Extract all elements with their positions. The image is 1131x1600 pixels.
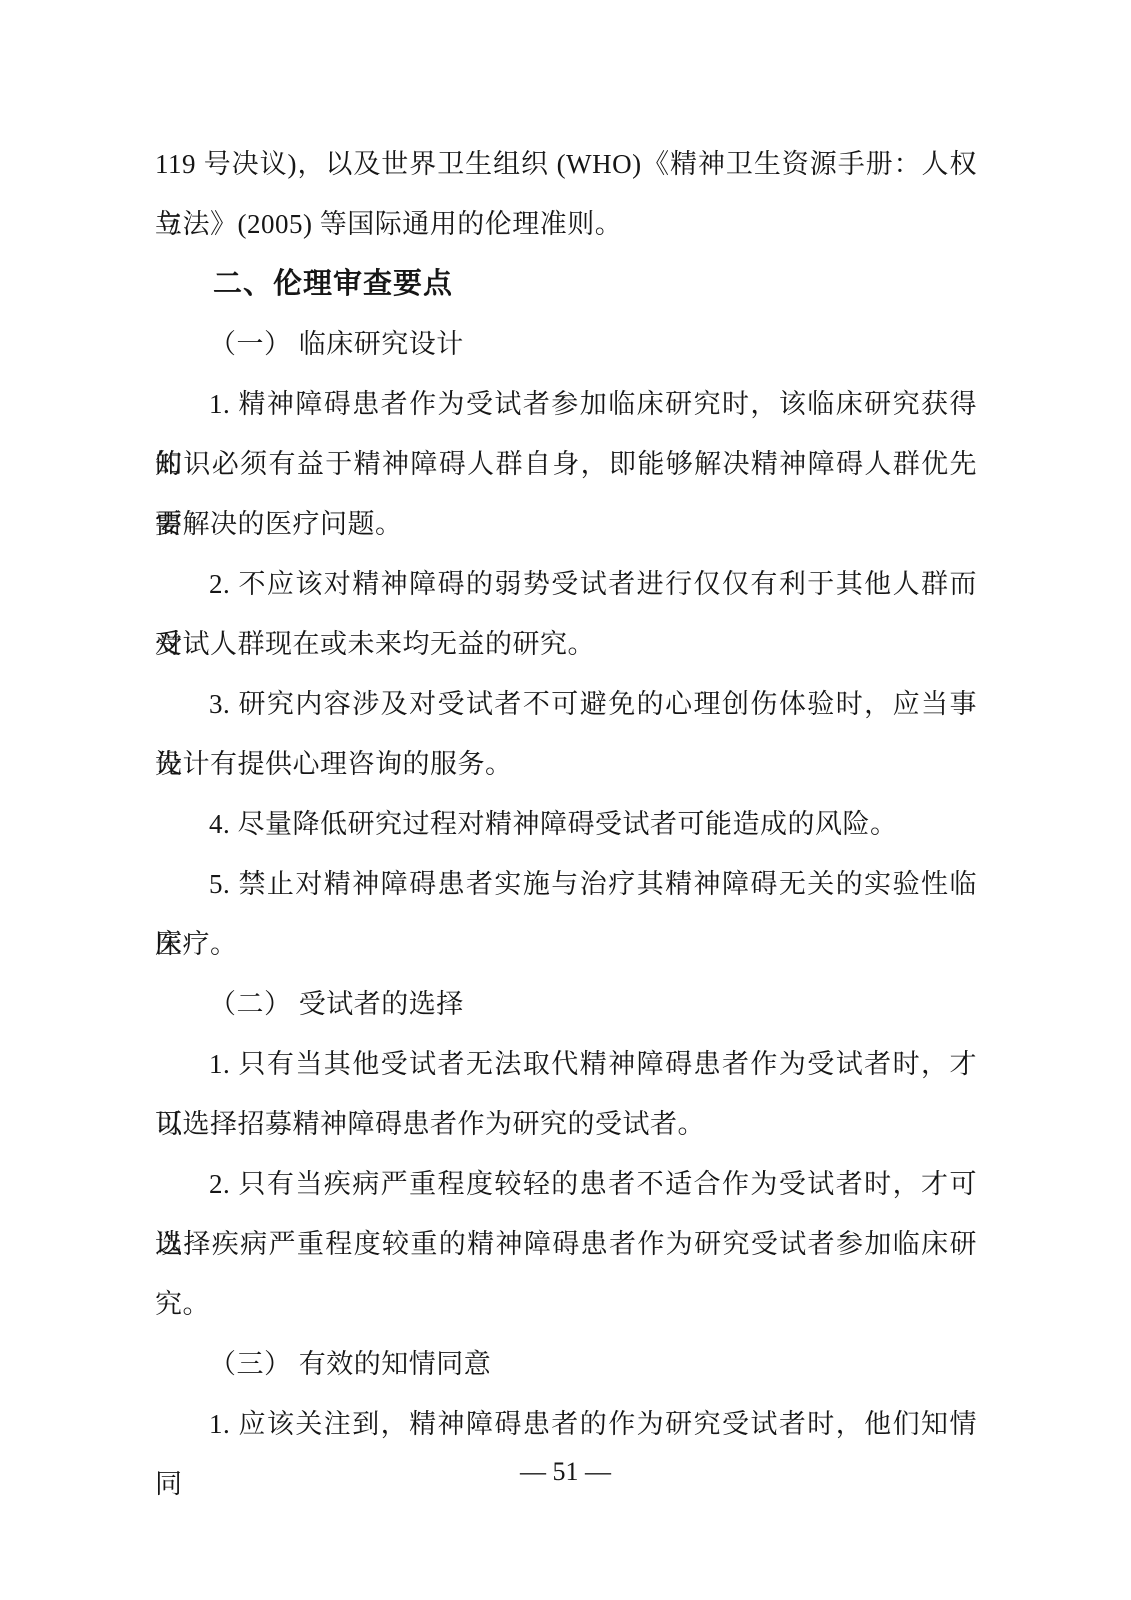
text-line: 要解决的医疗问题。 [155,494,977,554]
text-line: 2. 只有当疾病严重程度较轻的患者不适合作为受试者时，才可以 [155,1154,977,1214]
text-line: （一） 临床研究设计 [155,314,977,374]
document-page: 119 号决议)，以及世界卫生组织 (WHO)《精神卫生资源手册：人权与立法》(… [0,0,1131,1600]
text-line: 知识必须有益于精神障碍人群自身，即能够解决精神障碍人群优先需 [155,434,977,494]
text-line: 1. 精神障碍患者作为受试者参加临床研究时，该临床研究获得的 [155,374,977,434]
text-line: （二） 受试者的选择 [155,974,977,1034]
text-line: 5. 禁止对精神障碍患者实施与治疗其精神障碍无关的实验性临床 [155,854,977,914]
text-line: 受试人群现在或未来均无益的研究。 [155,614,977,674]
page-number: — 51 — [0,1452,1131,1492]
text-line: 选择疾病严重程度较重的精神障碍患者作为研究受试者参加临床研 [155,1214,977,1274]
document-body: 119 号决议)，以及世界卫生组织 (WHO)《精神卫生资源手册：人权与立法》(… [155,134,977,1454]
text-line: 1. 只有当其他受试者无法取代精神障碍患者作为受试者时，才可 [155,1034,977,1094]
text-line: 3. 研究内容涉及对受试者不可避免的心理创伤体验时，应当事先 [155,674,977,734]
text-line: 设计有提供心理咨询的服务。 [155,734,977,794]
section-heading: 二、伦理审查要点 [155,254,977,314]
text-line: 以选择招募精神障碍患者作为研究的受试者。 [155,1094,977,1154]
text-line: （三） 有效的知情同意 [155,1334,977,1394]
text-line: 2. 不应该对精神障碍的弱势受试者进行仅仅有利于其他人群而对 [155,554,977,614]
text-line: 医疗。 [155,914,977,974]
text-line: 1. 应该关注到，精神障碍患者的作为研究受试者时，他们知情同 [155,1394,977,1454]
text-line: 4. 尽量降低研究过程对精神障碍受试者可能造成的风险。 [155,794,977,854]
text-line: 究。 [155,1274,977,1334]
text-line: 立法》(2005) 等国际通用的伦理准则。 [155,194,977,254]
text-line: 119 号决议)，以及世界卫生组织 (WHO)《精神卫生资源手册：人权与 [155,134,977,194]
